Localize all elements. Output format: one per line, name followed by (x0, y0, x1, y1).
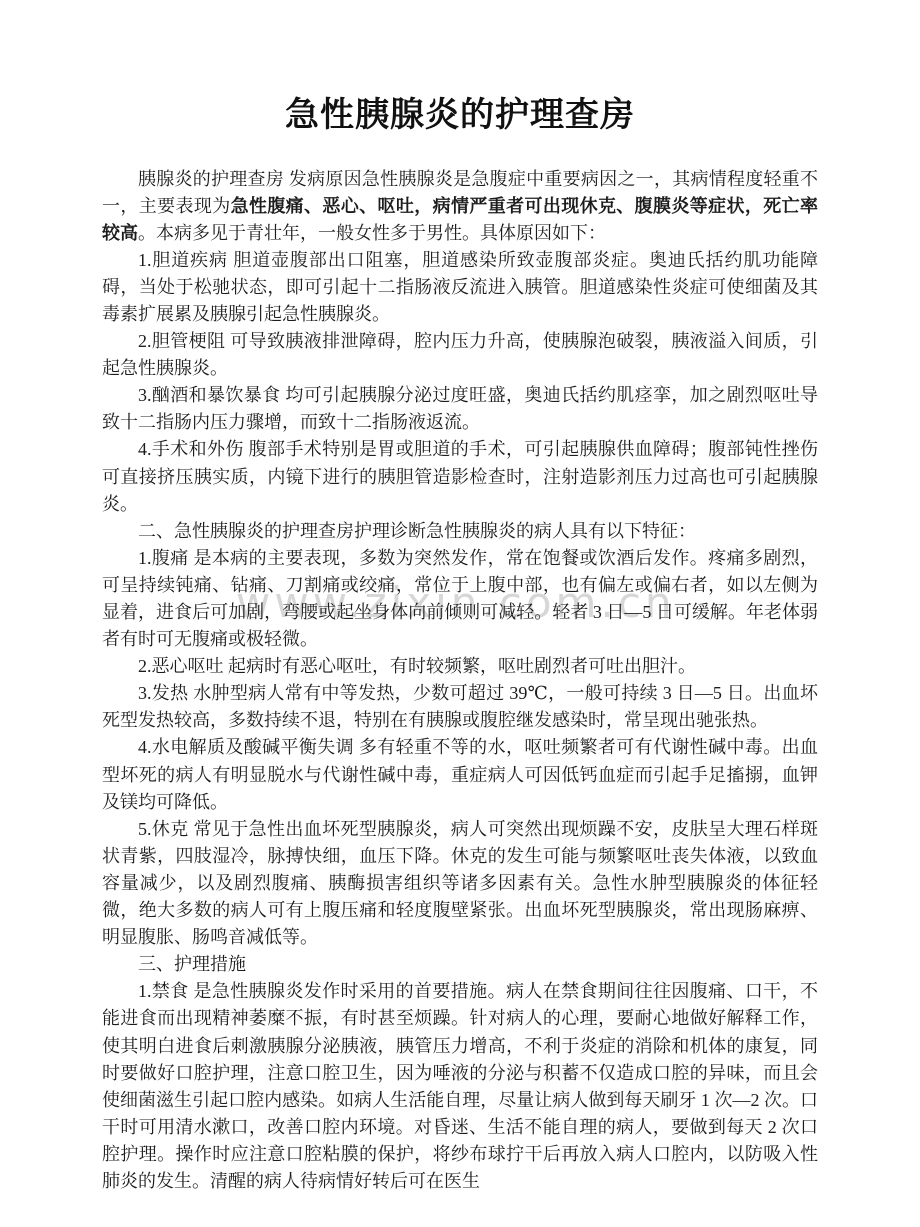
paragraph-symptom-nausea-vomiting: 2.恶心呕吐 起病时有恶心呕吐，有时较频繁，呕吐剧烈者可吐出胆汁。 (102, 653, 818, 680)
paragraph-symptom-fever: 3.发热 水肿型病人常有中等发热，少数可超过 39℃，一般可持续 3 日—5 日… (102, 680, 818, 734)
paragraph-measure-fasting: 1.禁食 是急性胰腺炎发作时采用的首要措施。病人在禁食期间往往因腹痛、口干，不能… (102, 978, 818, 1195)
paragraph-symptom-shock: 5.休克 常见于急性出血坏死型胰腺炎，病人可突然出现烦躁不安，皮肤呈大理石样斑状… (102, 816, 818, 951)
paragraph-symptom-abdominal-pain: 1.腹痛 是本病的主要表现，多数为突然发作，常在饱餐或饮酒后发作。疼痛多剧烈，可… (102, 545, 818, 653)
overview-text-post: 。本病多见于青壮年，一般女性多于男性。具体原因如下： (138, 223, 606, 243)
page-title: 急性胰腺炎的护理查房 (0, 0, 920, 138)
paragraph-cause-alcohol-overeating: 3.酗酒和暴饮暴食 均可引起胰腺分泌过度旺盛，奥迪氏括约肌痉挛，加之剧烈呕吐导致… (102, 382, 818, 436)
section-heading-nursing-measures: 三、护理措施 (102, 951, 818, 978)
document-page: www.zixin.com.cn 急性胰腺炎的护理查房 胰腺炎的护理查房 发病原… (0, 0, 920, 1227)
paragraph-cause-surgery-trauma: 4.手术和外伤 腹部手术特别是胃或胆道的手术，可引起胰腺供血障碍；腹部钝性挫伤可… (102, 436, 818, 517)
paragraph-symptom-electrolyte-imbalance: 4.水电解质及酸碱平衡失调 多有轻重不等的水，呕吐频繁者可有代谢性碱中毒。出血型… (102, 734, 818, 815)
paragraph-cause-bile-duct-obstruction: 2.胆管梗阻 可导致胰液排泄障碍，腔内压力升高，使胰腺泡破裂，胰液溢入间质，引起… (102, 328, 818, 382)
paragraph-cause-biliary-disease: 1.胆道疾病 胆道壶腹部出口阻塞，胆道感染所致壶腹部炎症。奥迪氏括约肌功能障碍，… (102, 247, 818, 328)
paragraph-overview: 胰腺炎的护理查房 发病原因急性胰腺炎是急腹症中重要病因之一，其病情程度轻重不一，… (102, 166, 818, 247)
section-heading-nursing-diagnosis: 二、急性胰腺炎的护理查房护理诊断急性胰腺炎的病人具有以下特征： (102, 518, 818, 545)
document-body: 胰腺炎的护理查房 发病原因急性胰腺炎是急腹症中重要病因之一，其病情程度轻重不一，… (102, 166, 818, 1196)
